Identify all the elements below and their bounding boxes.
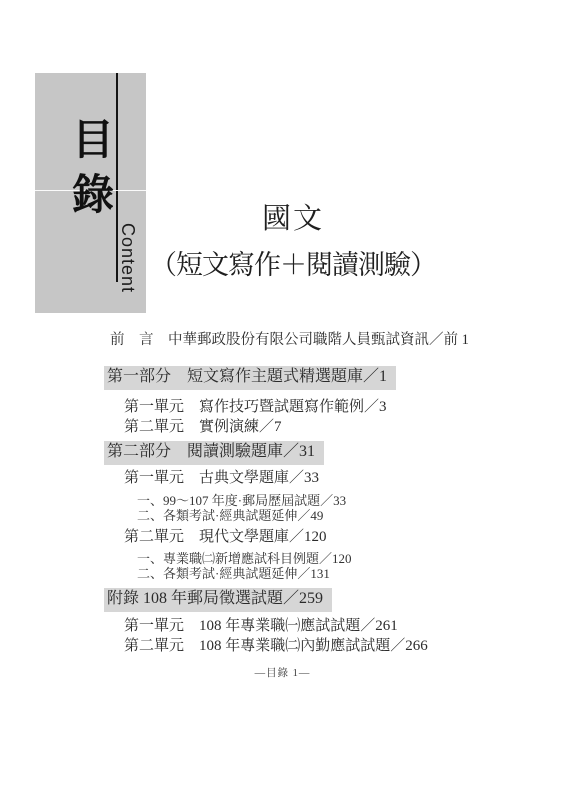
toc-entry-text: 第二部分 閱讀測驗題庫／31 (104, 441, 324, 465)
toc-unit-entry: 第一單元 寫作技巧暨試題寫作範例／3 (124, 399, 387, 416)
toc-unit-entry: 第一單元 108 年專業職㈠應試試題／261 (124, 618, 398, 635)
toc-entry-text: 第一單元 寫作技巧暨試題寫作範例／3 (124, 399, 387, 415)
toc-entry-text: 二、各類考試·經典試題延伸／131 (137, 566, 330, 581)
toc-entry-text: 第二單元 108 年專業職㈡內勤應試試題／266 (124, 638, 428, 654)
toc-entry-text: 第二單元 實例演練／7 (124, 419, 282, 435)
toc-vertical-title: 目錄 (68, 117, 110, 227)
toc-entry-text: 第一單元 古典文學題庫／33 (124, 470, 319, 486)
toc-entry-text: 前 言 中華郵政股份有限公司職階人員甄試資訊／前 1 (110, 332, 469, 348)
toc-page: 目錄 Content 國文 （短文寫作＋閱讀測驗） 前 言 中華郵政股份有限公司… (0, 0, 565, 800)
toc-english-label: Content (119, 223, 137, 293)
toc-entry-text: 一、專業職㈡新增應試科目例題／120 (137, 551, 352, 566)
toc-entry-text: 一、99～107 年度·郵局歷屆試題／33 (137, 493, 346, 508)
book-title: 國文 (143, 205, 443, 234)
toc-entry-text: 二、各類考試·經典試題延伸／49 (137, 508, 323, 523)
toc-sub-entry: 二、各類考試·經典試題延伸／49 (137, 509, 323, 524)
toc-unit-entry: 第二單元 現代文學題庫／120 (124, 529, 327, 546)
toc-part-heading: 第一部分 短文寫作主題式精選題庫／1 (104, 366, 396, 390)
page-number-label: —目錄 1— (255, 668, 311, 679)
toc-entry-text: 附錄 108 年郵局徵選試題／259 (104, 588, 332, 612)
book-subtitle: （短文寫作＋閱讀測驗） (143, 252, 443, 279)
toc-entry-text: 第一單元 108 年專業職㈠應試試題／261 (124, 618, 398, 634)
toc-sub-entry: 一、99～107 年度·郵局歷屆試題／33 (137, 494, 346, 509)
toc-unit-entry: 第一單元 古典文學題庫／33 (124, 470, 319, 487)
toc-entry-text: 第一部分 短文寫作主題式精選題庫／1 (104, 366, 396, 390)
chapter-tab: 目錄 Content (35, 73, 146, 313)
toc-sub-entry: 二、各類考試·經典試題延伸／131 (137, 567, 330, 582)
toc-entry-text: 第二單元 現代文學題庫／120 (124, 529, 327, 545)
toc-unit-entry: 第二單元 實例演練／7 (124, 419, 282, 436)
toc-part-heading: 附錄 108 年郵局徵選試題／259 (104, 588, 332, 612)
book-title-block: 國文 （短文寫作＋閱讀測驗） (143, 205, 443, 279)
toc-unit-entry: 第二單元 108 年專業職㈡內勤應試試題／266 (124, 638, 428, 655)
page-number-footer: —目錄 1— (0, 665, 565, 680)
toc-part-heading: 第二部分 閱讀測驗題庫／31 (104, 441, 324, 465)
toc-preface-entry: 前 言 中華郵政股份有限公司職階人員甄試資訊／前 1 (110, 332, 469, 349)
toc-sub-entry: 一、專業職㈡新增應試科目例題／120 (137, 552, 352, 567)
